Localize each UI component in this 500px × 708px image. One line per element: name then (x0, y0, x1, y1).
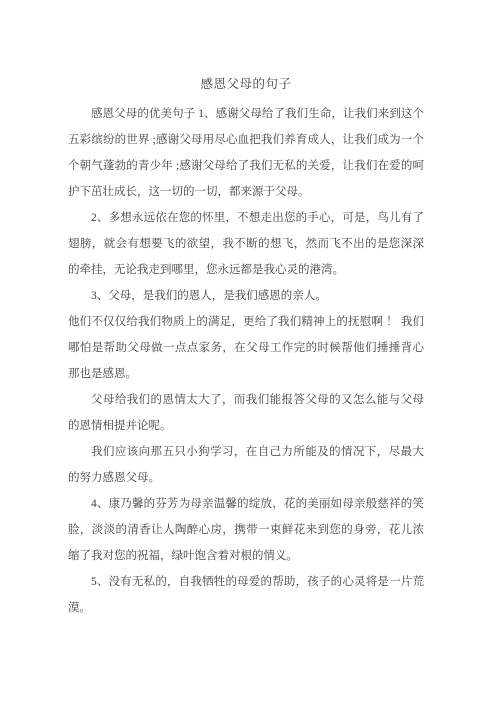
paragraph: 4、康乃馨的芬芳为母亲温馨的绽放，花的美丽如母亲般慈祥的笑脸，淡淡的清香让人陶醉… (68, 491, 424, 569)
paragraph: 感恩父母的优美句子 1、感谢父母给了我们生命，让我们来到这个五彩缤纷的世界 ;感… (68, 101, 424, 205)
document-body: 感恩父母的优美句子 1、感谢父母给了我们生命，让我们来到这个五彩缤纷的世界 ;感… (68, 101, 424, 621)
paragraph: 5、没有无私的，自我牺牲的母爱的帮助，孩子的心灵将是一片荒漠。 (68, 569, 424, 621)
paragraph: 2、多想永远依在您的怀里，不想走出您的手心，可是，鸟儿有了翅膀，就会有想要飞的欲… (68, 205, 424, 283)
paragraph: 父母给我们的恩情太大了，而我们能报答父母的又怎么能与父母的恩情相提并论呢。 (68, 387, 424, 439)
page-title: 感恩父母的句子 (68, 71, 424, 97)
document-page: 感恩父母的句子 感恩父母的优美句子 1、感谢父母给了我们生命，让我们来到这个五彩… (0, 0, 500, 708)
paragraph: 3、父母，是我们的恩人，是我们感恩的亲人。 (68, 283, 424, 309)
paragraph: 他们不仅仅给我们物质上的满足，更给了我们精神上的抚慰啊 ！ 我们哪怕是帮助父母做… (68, 309, 424, 387)
paragraph: 我们应该向那五只小狗学习，在自己力所能及的情况下，尽最大的努力感恩父母。 (68, 439, 424, 491)
